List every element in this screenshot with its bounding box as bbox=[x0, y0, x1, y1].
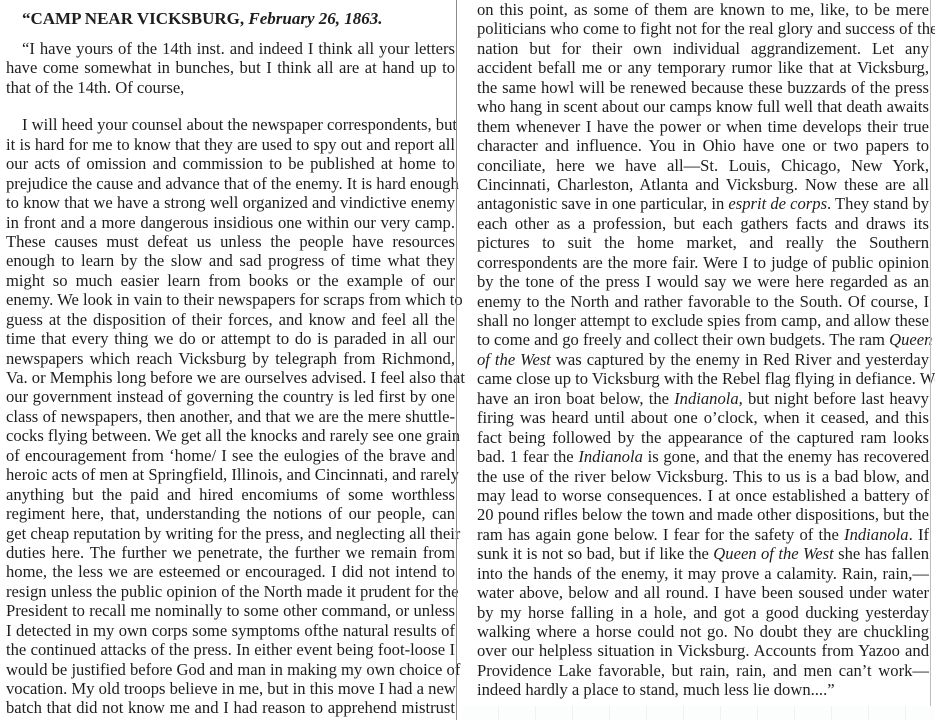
text-line: antagonistic save in one particular, in … bbox=[477, 194, 929, 213]
text-line: class of newspapers, then another, and t… bbox=[6, 407, 455, 426]
text-line: indeed hardly a place to stand, much les… bbox=[477, 680, 929, 699]
paragraph-gap bbox=[6, 97, 455, 115]
italic-term: Queen of the West bbox=[713, 544, 833, 563]
text-line: ram has again gone below. I fear for the… bbox=[477, 525, 929, 544]
text-line: the continued attacks of the press. In e… bbox=[6, 640, 455, 659]
text-line: enough to learn by the slow and sad prog… bbox=[6, 251, 455, 270]
text-line: politicians who come to fight not for th… bbox=[477, 19, 929, 38]
scan-background-grid bbox=[462, 706, 935, 720]
text-line: that of the 14th. Of course, bbox=[6, 78, 455, 97]
text-line: over our helpless situation in Vicksburg… bbox=[477, 641, 929, 660]
text-line: guess at the disposition of their forces… bbox=[6, 310, 455, 329]
text-line: came close up to Vicksburg with the Rebe… bbox=[477, 369, 929, 388]
text-line: the same howl will be renewed because th… bbox=[477, 78, 929, 97]
text-line: of the West was captured by the enemy in… bbox=[477, 350, 929, 369]
text-line: may lead to worse consequences. I at onc… bbox=[477, 486, 929, 505]
text-line: walking where a horse could not go. No d… bbox=[477, 622, 929, 641]
text-line: President to recall me nominally to some… bbox=[6, 601, 455, 620]
text-line: prejudice the cause and advance that of … bbox=[6, 174, 455, 193]
text-line: our acts of omission and commission to b… bbox=[6, 154, 455, 173]
page-edge-rule bbox=[930, 0, 931, 706]
paragraph-newspaper-correspondents: I will heed your counsel about the newsp… bbox=[6, 115, 455, 718]
text-line: resign unless the public opinion of the … bbox=[6, 582, 455, 601]
text-line: conciliate, here we have all—St. Louis, … bbox=[477, 156, 929, 175]
text-line: it is hard for me to know that they are … bbox=[6, 135, 455, 154]
text-line: home, the less we are esteemed or encour… bbox=[6, 562, 455, 581]
text-line: accident befall me or any temporary rumo… bbox=[477, 58, 929, 77]
text-line: our government instead of governing the … bbox=[6, 387, 455, 406]
text-line: Providence Lake favorable, but rain, rai… bbox=[477, 661, 929, 680]
letter-heading: “CAMP NEAR VICKSBURG, February 26, 1863. bbox=[6, 9, 455, 29]
text-line: Va. or Memphis long before we are oursel… bbox=[6, 368, 455, 387]
text-line: character and influence. You in Ohio hav… bbox=[477, 136, 929, 155]
text-line: correspondents are the more fair. Were I… bbox=[477, 253, 929, 272]
text-line: I will heed your counsel about the newsp… bbox=[6, 115, 455, 134]
italic-term: Indianola, bbox=[674, 389, 743, 408]
text-line: of encouragement from ‘home/ I see the e… bbox=[6, 446, 455, 465]
text-line: batch that did not know me and I had rea… bbox=[6, 698, 455, 717]
text-line: Cincinnati, Charleston, Atlanta and Vick… bbox=[477, 175, 929, 194]
italic-term: esprit de corps bbox=[728, 194, 827, 213]
text-line: have an iron boat below, the Indianola, … bbox=[477, 389, 929, 408]
text-line: enemy to the North and rather favorable … bbox=[477, 292, 929, 311]
italic-term: of the West bbox=[477, 350, 551, 369]
text-line: on this point, as some of them are known… bbox=[477, 0, 929, 19]
text-line: shall no longer attempt to exclude spies… bbox=[477, 311, 929, 330]
italic-term: Queen bbox=[889, 330, 932, 349]
left-column: “CAMP NEAR VICKSBURG, February 26, 1863.… bbox=[0, 0, 458, 720]
text-line: into the hands of the enemy, it may prov… bbox=[477, 564, 929, 583]
text-line: “I have yours of the 14th inst. and inde… bbox=[6, 39, 455, 58]
text-line: 20 pound rifles below the town and made … bbox=[477, 505, 929, 524]
italic-term: Indianola bbox=[578, 447, 643, 466]
text-line: to come and go freely and collect their … bbox=[477, 330, 929, 349]
text-line: by the tone of the press I would say we … bbox=[477, 272, 929, 291]
text-line: pictures to suit the home market, and re… bbox=[477, 233, 929, 252]
heading-place: “CAMP NEAR VICKSBURG, bbox=[22, 9, 248, 28]
text-line: cocks flying between. We get all the kno… bbox=[6, 426, 455, 445]
text-line: them whenever I have the power or when t… bbox=[477, 117, 929, 136]
text-line: the use of the river below Vicksburg. Th… bbox=[477, 467, 929, 486]
text-line: newspapers which reach Vicksburg by tele… bbox=[6, 349, 455, 368]
text-line: to know that we have a strong well organ… bbox=[6, 193, 455, 212]
text-line: bad. 1 fear the Indianola is gone, and t… bbox=[477, 447, 929, 466]
text-line: These causes must defeat us unless the p… bbox=[6, 232, 455, 251]
text-line: nation but for their own individual aggr… bbox=[477, 39, 929, 58]
heading-date: February 26, 1863. bbox=[248, 9, 382, 28]
text-line: anything but the paid and hired encomium… bbox=[6, 485, 455, 504]
text-line: vocation. My old troops believe in me, b… bbox=[6, 679, 455, 698]
text-line: water above, below and all round. I have… bbox=[477, 583, 929, 602]
italic-term: Indianola bbox=[844, 525, 909, 544]
text-line: would be justified before God and man in… bbox=[6, 660, 455, 679]
text-line: heroic acts of men at Springfield, Illin… bbox=[6, 465, 455, 484]
text-line: duties here. The further we penetrate, t… bbox=[6, 543, 455, 562]
text-line: get cheap reputation by writing for the … bbox=[6, 524, 455, 543]
text-line: might so much easier learn from books or… bbox=[6, 271, 455, 290]
text-line: sunk it is not so bad, but if like the Q… bbox=[477, 544, 929, 563]
text-line: have come somewhat in bunches, but I thi… bbox=[6, 58, 455, 77]
text-line: who hang in scent about our camps know f… bbox=[477, 97, 929, 116]
paragraph-continuation: on this point, as some of them are known… bbox=[477, 0, 929, 700]
paragraph-opening: “I have yours of the 14th inst. and inde… bbox=[6, 39, 455, 97]
column-divider bbox=[456, 0, 457, 720]
text-line: in front and a more dangerous insidious … bbox=[6, 213, 455, 232]
text-line: regiment here, that, understanding the n… bbox=[6, 504, 455, 523]
text-line: by my horse falling in a hole, and got a… bbox=[477, 603, 929, 622]
text-line: each other as a profession, but each gat… bbox=[477, 214, 929, 233]
text-line: firing was heard until about one o’clock… bbox=[477, 408, 929, 427]
text-line: enemy. We look in vain to their newspape… bbox=[6, 290, 455, 309]
text-line: I detected in my own corps some symptoms… bbox=[6, 621, 455, 640]
text-line: time that every thing we do or attempt t… bbox=[6, 329, 455, 348]
right-column: on this point, as some of them are known… bbox=[462, 0, 935, 720]
text-line: fact being followed by the appearance of… bbox=[477, 428, 929, 447]
